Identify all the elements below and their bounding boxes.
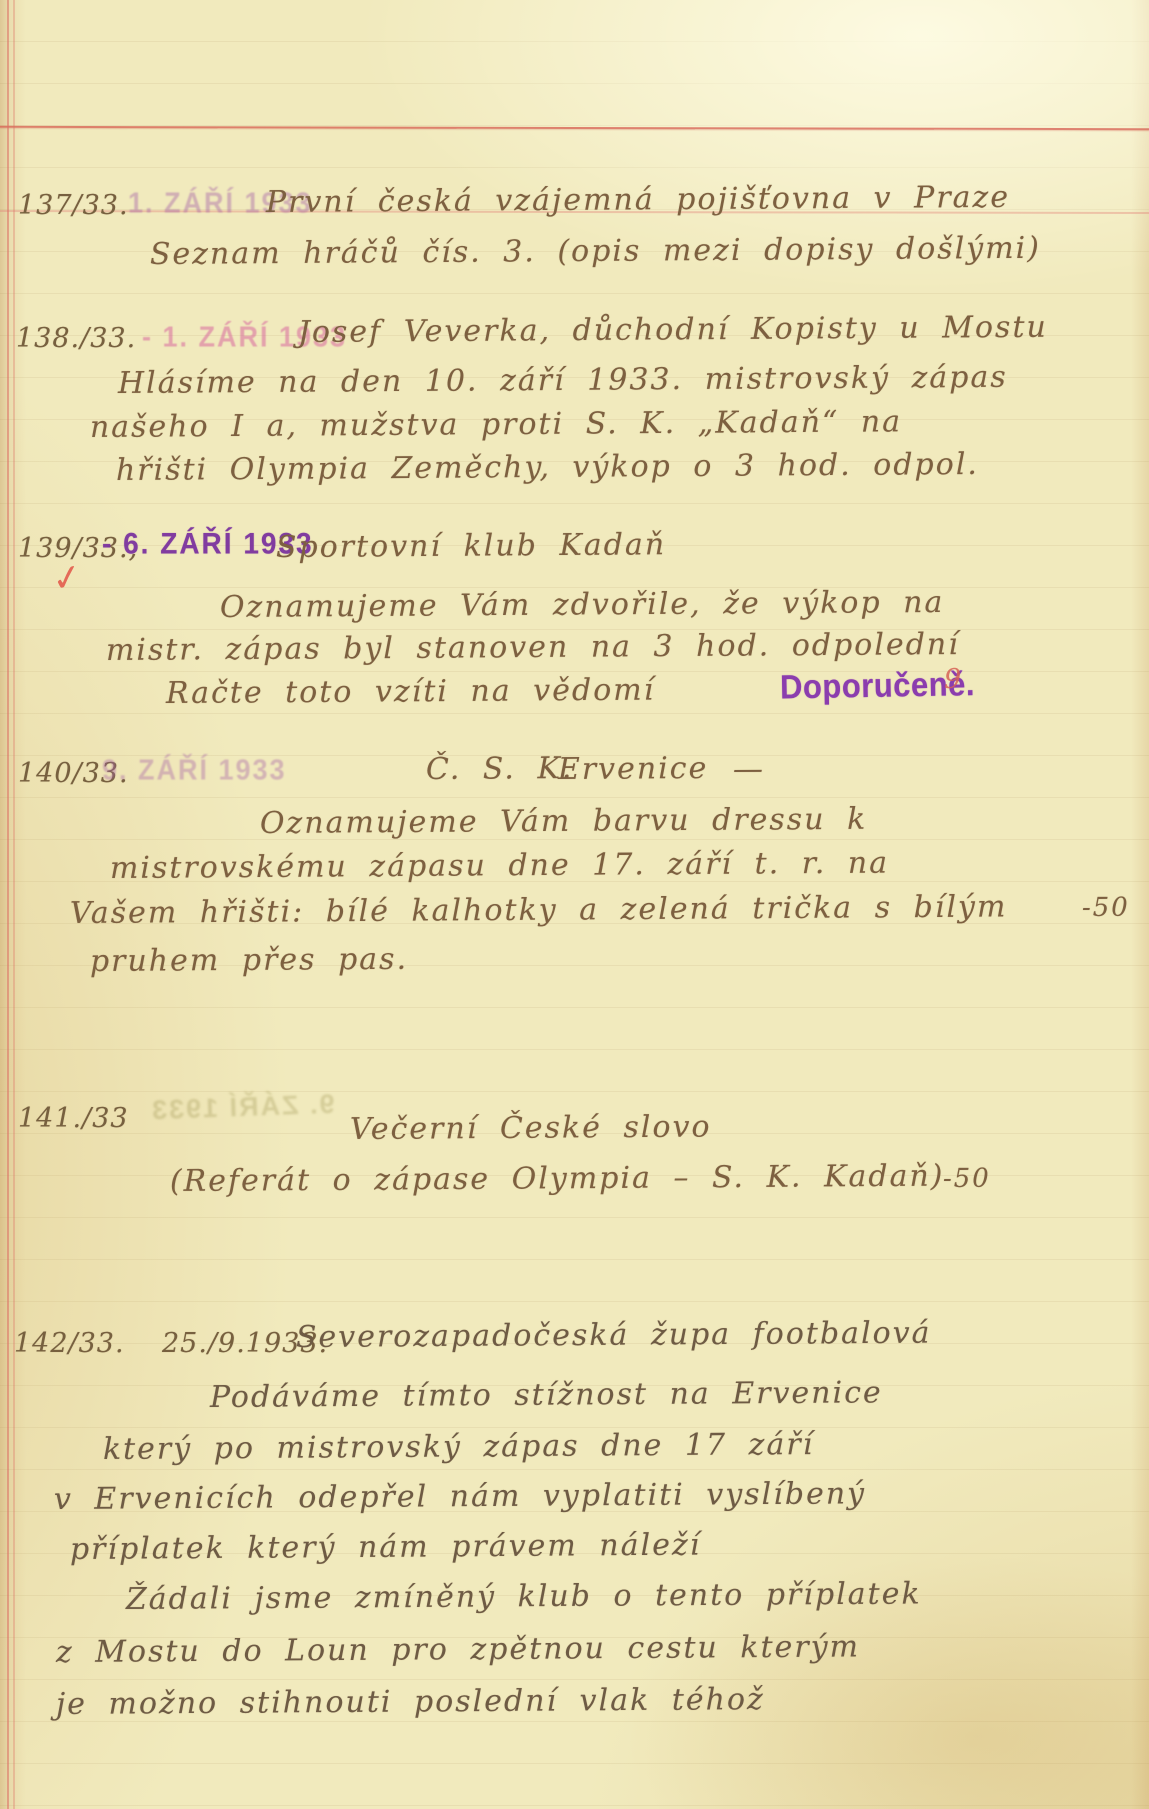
entry-line: Severozapadočeská župa footbalová bbox=[296, 1316, 932, 1355]
entry-142: 142/33. 25./9.1933. Severozapadočeská žu… bbox=[0, 0, 1149, 1809]
entry-number: 142/33. bbox=[14, 1328, 125, 1359]
entry-line: z Mostu do Loun pro zpětnou cestu kterým bbox=[56, 1629, 860, 1670]
entry-line: který po mistrovský zápas dne 17 září bbox=[103, 1427, 815, 1467]
entry-line: příplatek který nám právem náleží bbox=[70, 1528, 702, 1567]
ledger-page: 137/33. 1. ZÁŘÍ 1933 První česká vzájemn… bbox=[0, 0, 1149, 1809]
entry-line: Podáváme tímto stížnost na Ervenice bbox=[210, 1375, 883, 1415]
entry-line: v Ervenicích odepřel nám vyplatiti vyslí… bbox=[54, 1476, 866, 1517]
entry-line: je možno stihnouti poslední vlak téhož bbox=[56, 1682, 765, 1722]
entry-line: Žádali jsme zmíněný klub o tento příplat… bbox=[126, 1576, 922, 1617]
